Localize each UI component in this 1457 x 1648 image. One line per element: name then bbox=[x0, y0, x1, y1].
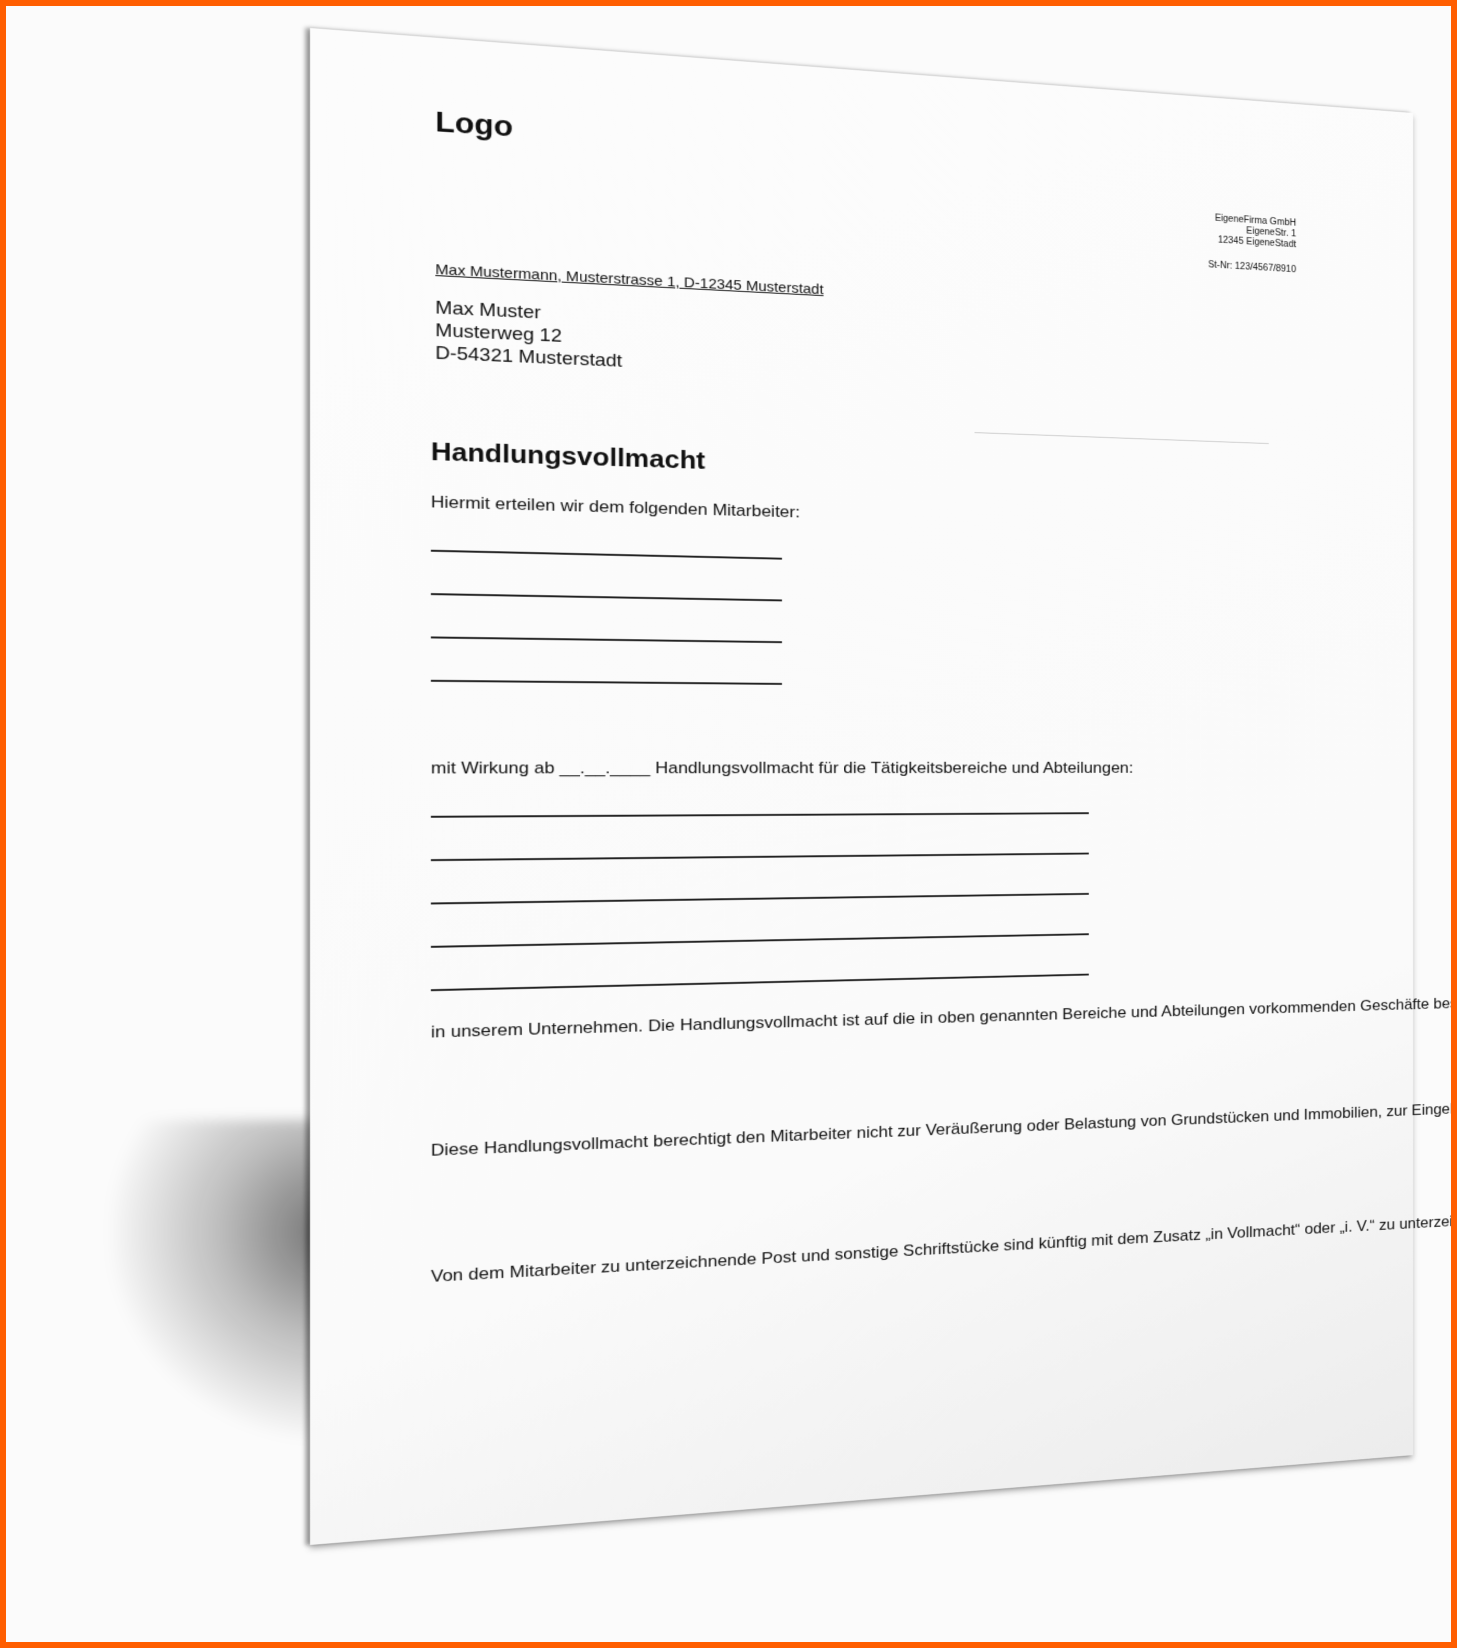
blank-line bbox=[431, 933, 1089, 947]
blank-line bbox=[431, 974, 1089, 991]
department-blank-lines bbox=[310, 28, 1413, 113]
paragraph-scope: in unserem Unternehmen. Die Handlungsvol… bbox=[431, 1000, 1258, 1042]
employee-blank-lines bbox=[310, 28, 1413, 113]
intro-text: Hiermit erteilen wir dem folgenden Mitar… bbox=[431, 493, 800, 523]
blank-line bbox=[431, 550, 782, 559]
effective-prefix: mit Wirkung ab bbox=[431, 759, 555, 778]
blank-line bbox=[431, 636, 782, 642]
paragraph-restrictions: Diese Handlungsvollmacht berechtigt den … bbox=[431, 1108, 1258, 1161]
blank-line bbox=[431, 893, 1089, 904]
effective-date-line: mit Wirkung ab __.__.____ Handlungsvollm… bbox=[431, 759, 1133, 779]
paragraph-signature: Von dem Mitarbeiter zu unterzeichnende P… bbox=[431, 1223, 1258, 1287]
blank-line bbox=[431, 853, 1089, 861]
logo-placeholder: Logo bbox=[435, 107, 513, 145]
effective-suffix: Handlungsvollmacht für die Tätigkeitsber… bbox=[655, 759, 1133, 777]
page-shadow-left bbox=[110, 1120, 330, 1440]
document-title: Handlungsvollmacht bbox=[431, 436, 705, 475]
document-page: Logo EigeneFirma GmbH EigeneStr. 1 12345… bbox=[310, 28, 1413, 1545]
recipient-address: Max Muster Musterweg 12 D-54321 Musterst… bbox=[435, 296, 622, 372]
return-address-line: Max Mustermann, Musterstrasse 1, D-12345… bbox=[435, 262, 823, 298]
sender-tax-number: St-Nr: 123/4567/8910 bbox=[1208, 260, 1296, 275]
blank-line bbox=[431, 680, 782, 685]
blank-line bbox=[431, 812, 1089, 817]
effective-date-placeholder: __.__.____ bbox=[560, 759, 651, 777]
sender-address: EigeneFirma GmbH EigeneStr. 1 12345 Eige… bbox=[1215, 213, 1296, 250]
blank-line bbox=[431, 593, 782, 601]
fold-mark-divider bbox=[974, 432, 1268, 444]
